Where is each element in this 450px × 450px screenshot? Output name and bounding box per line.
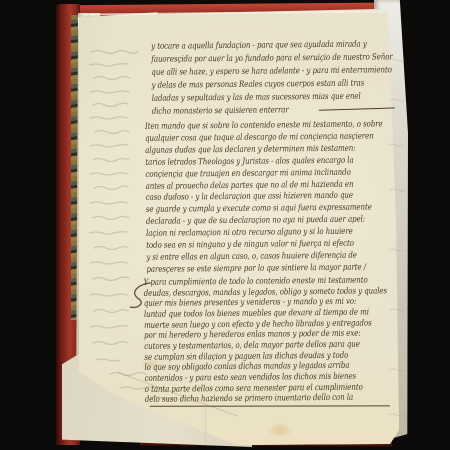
paragraph-1: y tocare a aquella fundaçion - para que …: [151, 38, 443, 118]
manuscript-line: paresçeres se este siempre por lo que si…: [146, 262, 384, 276]
handwritten-text: y tocare a aquella fundaçion - para que …: [0, 0, 450, 450]
manuscript-line: dicho monasterio se quisieren enterrar: [152, 103, 394, 118]
manuscript-photo: y tocare a aquella fundaçion - para que …: [0, 0, 450, 450]
paragraph-2: Iten mando que si sobre lo contenido ene…: [145, 119, 433, 277]
paragraph-3: Y para cumplimiento de todo lo contenido…: [144, 275, 438, 406]
manuscript-line: delo suso dicho haziendo se primero inue…: [145, 393, 388, 406]
closing-underline-rule: [150, 405, 390, 406]
